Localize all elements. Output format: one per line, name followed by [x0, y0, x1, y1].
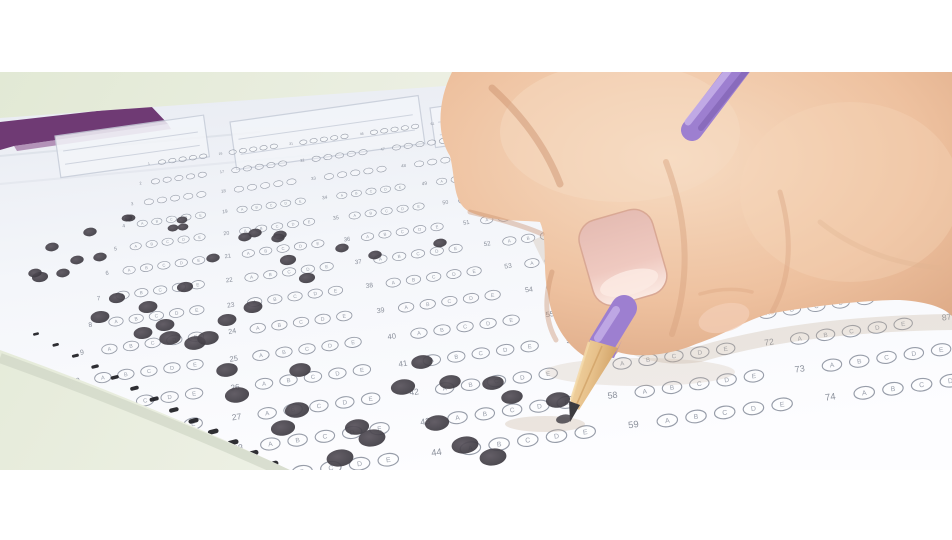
question-number: 47: [380, 147, 385, 152]
question-number: 74: [824, 391, 836, 403]
bubble-letter: C: [305, 347, 310, 353]
bubble-letter: D: [328, 343, 333, 349]
bubble-letter: D: [503, 348, 508, 355]
question-number: 41: [398, 359, 409, 369]
question-number: 44: [431, 447, 443, 459]
bubble-letter: D: [357, 461, 363, 469]
question-number: 16: [218, 151, 222, 156]
photo-svg: 1163146617691217324762779231833486378934…: [0, 72, 952, 470]
question-number: 59: [628, 419, 640, 431]
question-number: 73: [794, 363, 805, 374]
question-number: 53: [504, 263, 513, 271]
bubble-letter: C: [525, 437, 531, 445]
question-number: 58: [607, 390, 618, 401]
question-number: 27: [231, 411, 242, 422]
hand-highlight: [740, 102, 952, 282]
bubble-letter: D: [751, 405, 757, 413]
hand-cast-shadow: [545, 358, 735, 386]
question-number: 61: [430, 122, 434, 127]
question-number: 38: [365, 282, 374, 290]
photo-frame: 1163146617691217324762779231833486378934…: [0, 72, 952, 470]
question-number: 46: [360, 132, 364, 137]
question-number: 51: [463, 220, 470, 227]
question-number: 50: [442, 200, 449, 207]
question-number: 39: [376, 306, 385, 315]
question-number: 21: [224, 253, 231, 260]
question-number: 20: [223, 230, 230, 237]
bubble-letter: D: [948, 378, 952, 386]
bubble-letter: D: [170, 365, 175, 371]
bubble-letter: C: [722, 409, 728, 417]
bubble-letter: D: [167, 395, 172, 402]
question-number: 32: [300, 158, 305, 163]
question-number: 24: [228, 327, 237, 336]
answer-sheet-photo: 1163146617691217324762779231833486378934…: [0, 72, 952, 470]
photo-top-margin: [0, 0, 952, 72]
question-number: 40: [387, 331, 397, 341]
question-number: 36: [344, 237, 351, 244]
bubble-letter: C: [919, 382, 925, 390]
bubble-letter: C: [463, 324, 468, 330]
bubble-letter: C: [147, 369, 152, 375]
question-number: 31: [289, 142, 293, 147]
question-number: 54: [524, 285, 533, 294]
photo-bottom-margin: [0, 470, 952, 540]
bubble-letter: D: [554, 433, 560, 441]
question-number: 25: [229, 354, 239, 364]
pencil-cast-shadow: [505, 416, 585, 432]
bubble-letter: D: [335, 371, 340, 378]
question-number: 17: [220, 170, 225, 175]
question-number: 35: [333, 215, 340, 222]
bubble-letter: D: [486, 321, 491, 327]
question-number: 23: [227, 302, 236, 310]
